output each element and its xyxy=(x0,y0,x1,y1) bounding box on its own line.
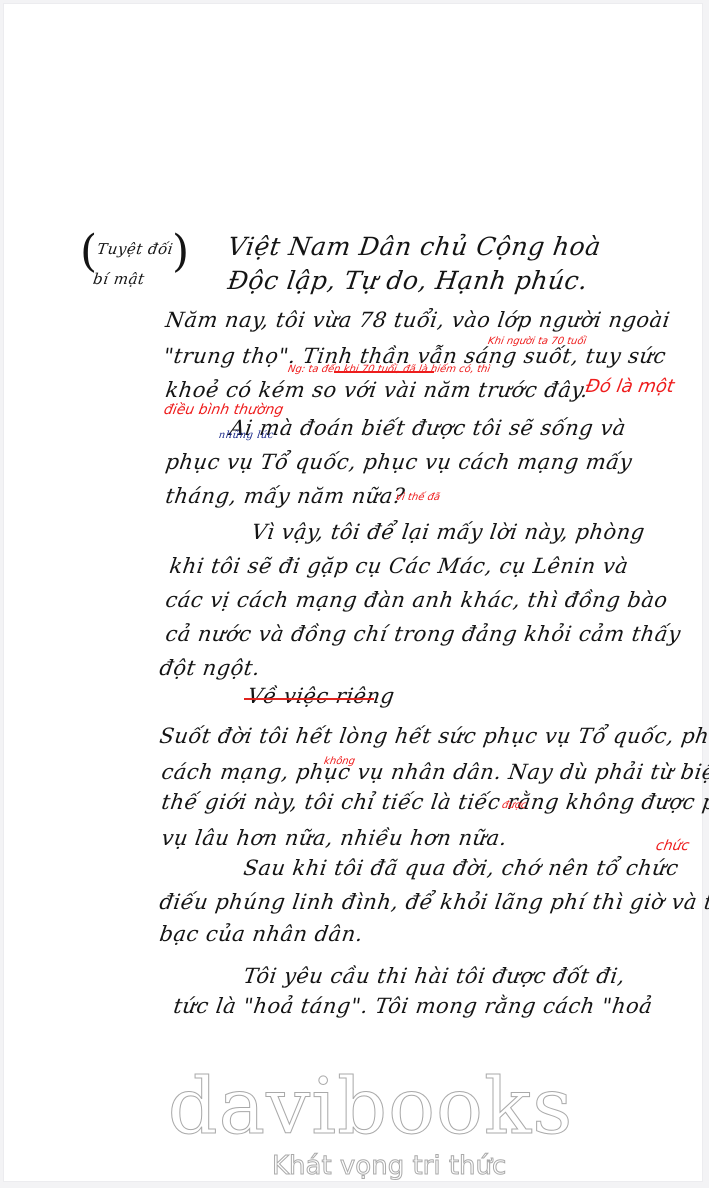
header-line1: Việt Nam Dân chủ Cộng hoà xyxy=(226,232,603,261)
red-annotation-above-tiec: không xyxy=(323,756,356,767)
body-line-10: cả nước và đồng chí trong đảng khỏi cảm … xyxy=(164,622,682,646)
section-line-6: điếu phúng linh đình, để khỏi lãng phí t… xyxy=(158,890,709,914)
red-annotation-after-to: chức xyxy=(655,838,691,854)
watermark-brand: davibooks xyxy=(4,1062,709,1152)
red-annotation-above-dieu: vì thế đã xyxy=(395,492,441,503)
red-annotation-margin-right: Đó là một xyxy=(584,376,676,397)
body-line-8: khi tôi sẽ đi gặp cụ Các Mác, cụ Lênin v… xyxy=(168,554,630,578)
section-heading-underline xyxy=(244,698,374,700)
manuscript-page: ( Tuyệt đối bí mật ) Việt Nam Dân chủ Cộ… xyxy=(4,4,702,1181)
section-line-4: vụ lâu hơn nữa, nhiều hơn nữa. xyxy=(160,826,509,850)
margin-close-paren: ) xyxy=(172,226,189,277)
body-line-3: khoẻ có kém so với vài năm trước đây. xyxy=(164,378,590,402)
section-line-8: Tôi yêu cầu thi hài tôi được đốt đi, xyxy=(242,964,627,988)
blue-interlinear-note: những lúc xyxy=(218,430,275,441)
section-line-2: cách mạng, phục vụ nhân dân. Nay dù phải… xyxy=(160,760,709,784)
body-line-6: tháng, mấy năm nữa? xyxy=(164,484,406,508)
section-line-9: tức là "hoả táng". Tôi mong rằng cách "h… xyxy=(172,994,654,1018)
body-line-11: đột ngột. xyxy=(158,656,262,680)
body-line-9: các vị cách mạng đàn anh khác, thì đồng … xyxy=(164,588,669,612)
red-strikethrough xyxy=(334,371,434,373)
section-line-5: Sau khi tôi đã qua đời, chớ nên tổ chức xyxy=(242,856,680,880)
red-annotation-above-mua: được xyxy=(501,800,527,811)
body-line-5: phục vụ Tổ quốc, phục vụ cách mạng mấy xyxy=(164,450,634,474)
body-line-1: Năm nay, tôi vừa 78 tuổi, vào lớp người … xyxy=(164,308,672,332)
section-line-3: thế giới này, tôi chỉ tiếc là tiếc rằng … xyxy=(160,790,709,814)
red-annotation-inline-line2: Ng: ta đến khi 70 tuổi, đã là hiếm có, t… xyxy=(287,364,491,375)
section-heading: Về việc riêng xyxy=(246,684,396,708)
section-line-7: bạc của nhân dân. xyxy=(158,922,365,946)
section-line-1: Suốt đời tôi hết lòng hết sức phục vụ Tổ… xyxy=(158,724,709,748)
margin-note-line1: Tuyệt đối xyxy=(96,240,174,258)
margin-note-line2: bí mật xyxy=(92,270,146,288)
header-line2: Độc lập, Tự do, Hạnh phúc. xyxy=(226,266,590,295)
body-line-7: Vì vậy, tôi để lại mấy lời này, phòng xyxy=(250,520,647,544)
body-line-4: Ai mà đoán biết được tôi sẽ sống và xyxy=(228,416,628,440)
watermark-slogan: Khát vọng tri thức xyxy=(272,1151,506,1181)
